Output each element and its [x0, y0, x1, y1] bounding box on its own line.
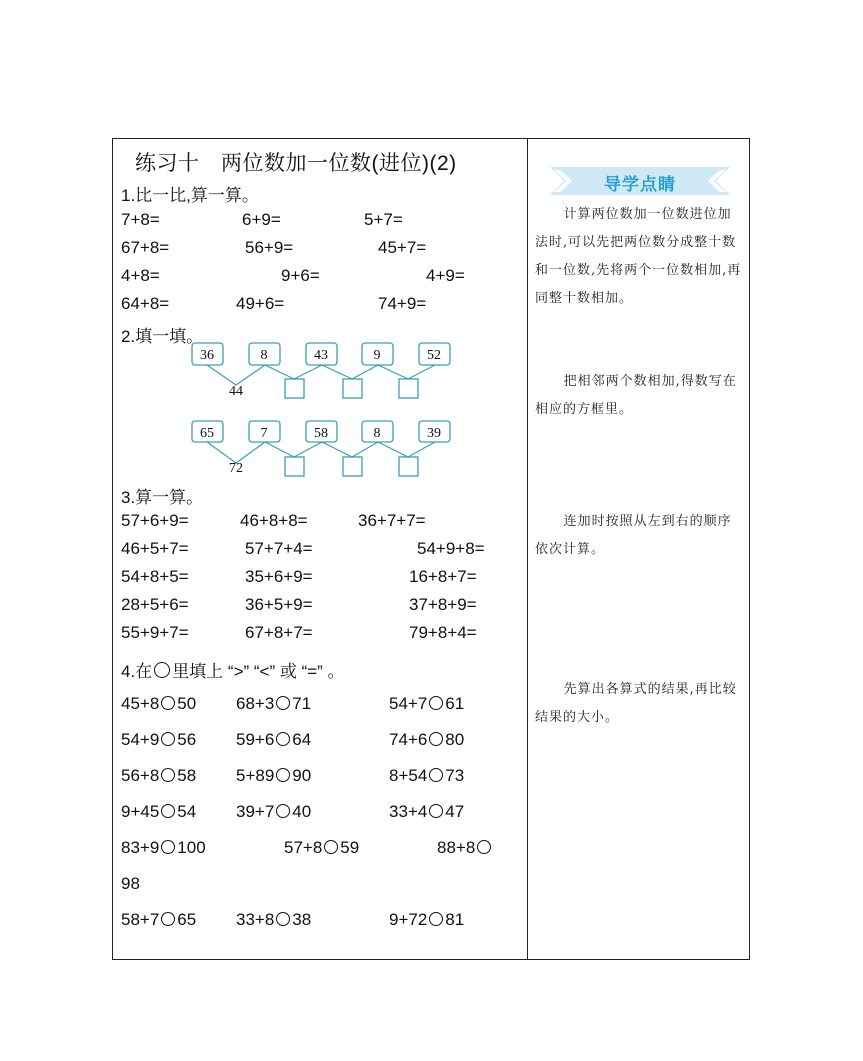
column-divider	[527, 139, 528, 959]
compare-circle[interactable]	[161, 768, 175, 782]
worksheet: 练习十 两位数加一位数(进位)(2) 1.比一比,算一算。 7+8= 6+9= …	[112, 138, 750, 960]
compare-circle[interactable]	[429, 912, 443, 926]
compare-item: 58+765	[121, 910, 196, 930]
compare-circle[interactable]	[161, 696, 175, 710]
compare-item: 83+9100	[121, 838, 206, 858]
compare-item: 57+859	[284, 838, 359, 858]
s3-eq: 55+9+7=	[121, 623, 189, 643]
diagram2-answer-box[interactable]	[399, 457, 418, 476]
compare-circle[interactable]	[276, 768, 290, 782]
compare-item: 39+740	[236, 802, 311, 822]
diagram1-answer-box[interactable]	[343, 379, 362, 398]
diagram1-value: 36	[200, 348, 214, 363]
addition-chain-diagrams: 36 8 43 9 52 44 65 7 58 8 39 72	[113, 139, 527, 499]
compare-item: 68+371	[236, 694, 311, 714]
compare-circle[interactable]	[276, 696, 290, 710]
compare-circle[interactable]	[276, 912, 290, 926]
section4-heading: 4.在里填上 “>” “<” 或 “=” 。	[121, 657, 345, 682]
compare-circle[interactable]	[324, 840, 338, 854]
compare-item: 54+761	[389, 694, 464, 714]
compare-wrapped-value: 98	[121, 874, 140, 894]
diagram2-sum: 72	[229, 461, 243, 476]
s3-eq: 79+8+4=	[409, 623, 477, 643]
tip-1: 计算两位数加一位数进位加法时,可以先把两位数分成整十数和一位数,先将两个一位数相…	[535, 201, 745, 313]
compare-item: 74+680	[389, 730, 464, 750]
compare-item: 45+850	[121, 694, 196, 714]
s3-eq: 57+7+4=	[245, 539, 313, 559]
compare-circle[interactable]	[161, 840, 175, 854]
compare-item: 9+7281	[389, 910, 464, 930]
s3-eq: 36+5+9=	[245, 595, 313, 615]
compare-circle[interactable]	[276, 804, 290, 818]
tip-2: 把相邻两个数相加,得数写在相应的方框里。	[535, 368, 745, 424]
compare-circle[interactable]	[161, 804, 175, 818]
diagram2-answer-box[interactable]	[285, 457, 304, 476]
compare-item: 54+956	[121, 730, 196, 750]
compare-item: 8+5473	[389, 766, 464, 786]
compare-item: 33+447	[389, 802, 464, 822]
diagram2-value: 39	[427, 426, 441, 441]
tip-3: 连加时按照从左到右的顺序依次计算。	[535, 508, 745, 564]
diagram2-value: 8	[374, 426, 381, 441]
s3-eq: 28+5+6=	[121, 595, 189, 615]
s3-eq: 54+8+5=	[121, 567, 189, 587]
diagram1-value: 43	[314, 348, 328, 363]
s3-eq: 35+6+9=	[245, 567, 313, 587]
diagram1-answer-box[interactable]	[399, 379, 418, 398]
diagram1-sum: 44	[229, 384, 243, 399]
diagram1-value: 9	[374, 348, 381, 363]
s3-eq: 16+8+7=	[409, 567, 477, 587]
diagram2-value: 65	[200, 426, 214, 441]
diagram2-value: 58	[314, 426, 328, 441]
circle-icon	[154, 662, 170, 678]
compare-circle[interactable]	[276, 732, 290, 746]
diagram1-value: 52	[427, 348, 441, 363]
banner-title: 导学点睛	[550, 170, 730, 195]
diagram1-value: 8	[261, 348, 268, 363]
diagram2-answer-box[interactable]	[343, 457, 362, 476]
s3-eq: 67+8+7=	[245, 623, 313, 643]
compare-circle[interactable]	[429, 768, 443, 782]
compare-item: 56+858	[121, 766, 196, 786]
compare-item: 59+664	[236, 730, 311, 750]
s3-eq: 36+7+7=	[358, 511, 426, 531]
compare-circle[interactable]	[429, 696, 443, 710]
compare-circle[interactable]	[477, 840, 491, 854]
compare-circle[interactable]	[161, 912, 175, 926]
s3-eq: 54+9+8=	[417, 539, 485, 559]
compare-circle[interactable]	[429, 732, 443, 746]
compare-item: 33+838	[236, 910, 311, 930]
diagram2-value: 7	[261, 426, 268, 441]
compare-circle[interactable]	[161, 732, 175, 746]
compare-circle[interactable]	[429, 804, 443, 818]
diagram1-answer-box[interactable]	[285, 379, 304, 398]
s3-eq: 46+8+8=	[240, 511, 308, 531]
s3-eq: 46+5+7=	[121, 539, 189, 559]
compare-item: 88+8	[437, 838, 493, 858]
section3-heading: 3.算一算。	[121, 483, 203, 508]
compare-item: 5+8990	[236, 766, 311, 786]
s3-eq: 37+8+9=	[409, 595, 477, 615]
compare-item: 9+4554	[121, 802, 196, 822]
s3-eq: 57+6+9=	[121, 511, 189, 531]
guide-banner: 导学点睛	[550, 166, 730, 196]
tip-4: 先算出各算式的结果,再比较结果的大小。	[535, 676, 745, 732]
